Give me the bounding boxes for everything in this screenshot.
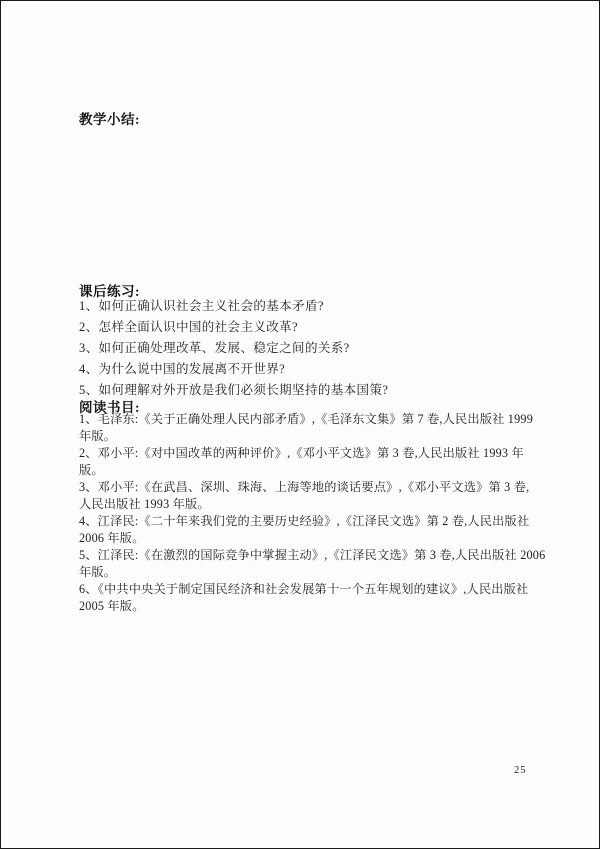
reading-entry-line: 5、江泽民:《在激烈的国际竞争中掌握主动》,《江泽民文选》第 3 卷,人民出版社…: [79, 547, 531, 564]
reading-entry-line: 2005 年版。: [79, 598, 531, 615]
teaching-summary-heading: 教学小结:: [79, 108, 140, 128]
reading-entry-line: 年版。: [79, 428, 531, 445]
reading-entry-line: 3、邓小平:《在武昌、深圳、珠海、上海等地的谈话要点》,《邓小平文选》第 3 卷…: [79, 479, 531, 496]
reading-list: 1、毛泽东:《关于正确处理人民内部矛盾》,《毛泽东文集》第 7 卷,人民出版社 …: [79, 411, 531, 615]
document-page: 教学小结: 课后练习: 1、如何正确认识社会主义社会的基本矛盾? 2、怎样全面认…: [0, 0, 600, 849]
exercise-item: 5、如何理解对外开放是我们必须长期坚持的基本国策?: [79, 380, 529, 401]
exercise-item: 4、为什么说中国的发展离不开世界?: [79, 359, 529, 380]
exercise-item: 2、怎样全面认识中国的社会主义改革?: [79, 317, 529, 338]
exercise-list: 1、如何正确认识社会主义社会的基本矛盾? 2、怎样全面认识中国的社会主义改革? …: [79, 296, 529, 401]
exercise-item: 3、如何正确处理改革、发展、稳定之间的关系?: [79, 338, 529, 359]
page-number: 25: [514, 765, 527, 776]
reading-entry-line: 4、江泽民:《二十年来我们党的主要历史经验》,《江泽民文选》第 2 卷,人民出版…: [79, 513, 531, 530]
reading-entry-line: 2006 年版。: [79, 530, 531, 547]
reading-entry-line: 版。: [79, 462, 531, 479]
reading-entry-line: 1、毛泽东:《关于正确处理人民内部矛盾》,《毛泽东文集》第 7 卷,人民出版社 …: [79, 411, 531, 428]
exercise-item: 1、如何正确认识社会主义社会的基本矛盾?: [79, 296, 529, 317]
reading-entry-line: 2、邓小平:《对中国改革的两种评价》,《邓小平文选》第 3 卷,人民出版社 19…: [79, 445, 531, 462]
reading-entry-line: 6、《中共中央关于制定国民经济和社会发展第十一个五年规划的建议》,人民出版社: [79, 581, 531, 598]
reading-entry-line: 年版。: [79, 564, 531, 581]
reading-entry-line: 人民出版社 1993 年版。: [79, 496, 531, 513]
